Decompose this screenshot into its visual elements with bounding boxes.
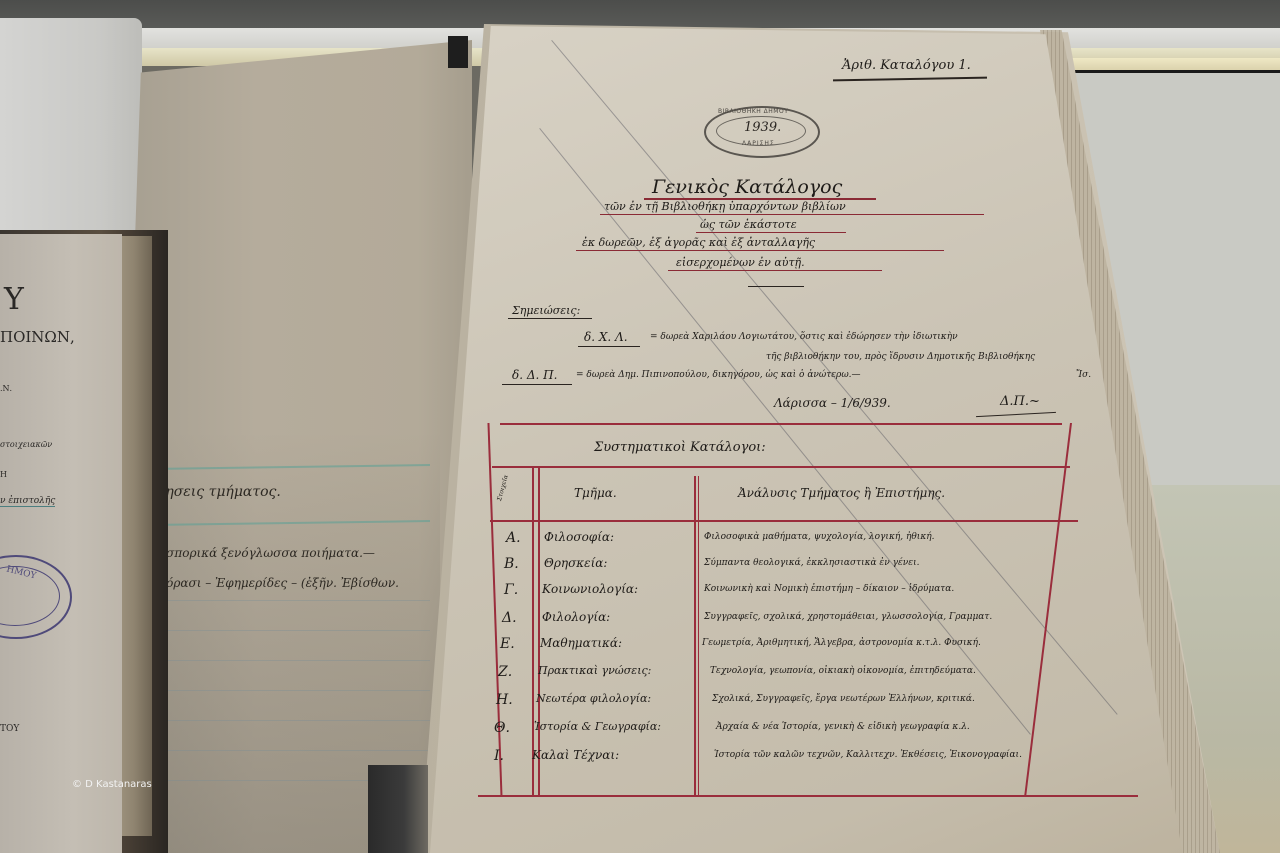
table-row-analysis: Συγγραφεῖς, σχολικά, χρηστομάθειαι, γλωσ…: [704, 612, 992, 622]
signature: Δ.Π.~: [1000, 394, 1040, 409]
table-row-section: Καλαὶ Τέχναι:: [532, 748, 619, 762]
table-row-letter: Η.: [496, 692, 513, 708]
note-abbreviation-2: δ. Δ. Π.: [512, 368, 557, 382]
back-page-ruled-line: [150, 750, 430, 751]
notes-heading: Σημειώσεις:: [512, 304, 580, 317]
table-row-analysis: Σχολικά, Συγγραφεῖς, ἔργα νεωτέρων Ἑλλήν…: [712, 694, 975, 704]
photo-watermark: © D Kastanaras: [72, 779, 152, 790]
subtitle-line-2: ὡς τῶν ἑκάστοτε: [700, 218, 797, 231]
back-page-ruled-line: [150, 720, 430, 721]
note-text-1b: τῆς βιβλιοθήκην του, πρὸς ἵδρυσιν Δημοτι…: [766, 352, 1035, 362]
table-row-analysis: Ἀρχαία & νέα Ἱστορία, γενικὴ & εἰδικὴ γε…: [716, 722, 970, 732]
left-book-text: ν ἐπιστολῆς: [0, 496, 55, 507]
white-display-block: [0, 18, 142, 233]
back-page-line: ...ισπορικά ξενόγλωσσα ποιήματα.—: [150, 546, 375, 560]
note-text-2: = δωρεὰ Δημ. Πιπινοπούλου, δικηγόρου, ὡς…: [576, 370, 861, 380]
note-abbreviation-1: δ. Χ. Λ.: [584, 330, 628, 344]
table-title-divider: [492, 466, 1070, 468]
table-header-analysis: Ἀνάλυσις Τμήματος ἢ Ἐπιστήμης.: [738, 486, 945, 500]
back-page-ruled-line: [150, 630, 430, 631]
table-column-divider: [694, 476, 696, 797]
table-row-letter: Β.: [504, 556, 519, 572]
display-case-top-band: [0, 0, 1280, 30]
table-row-section: Νεωτέρα φιλολογία:: [536, 692, 651, 705]
table-row-section: Φιλολογία:: [542, 610, 610, 624]
table-row-section: Μαθηματικά:: [540, 636, 622, 650]
table-title: Συστηματικοὶ Κατάλογοι:: [594, 440, 766, 455]
left-book-text: στοιχειακῶν: [0, 440, 52, 449]
table-row-letter: Δ.: [502, 610, 517, 626]
table-header-divider: [490, 520, 1078, 522]
right-frame-light: [1046, 58, 1280, 72]
table-row-letter: Θ.: [494, 720, 510, 736]
back-page-heading: ...ησεις τμήματος.: [152, 484, 281, 500]
table-row-letter: Ε.: [500, 636, 515, 652]
place-date: Λάρισσα – 1/6/939.: [774, 396, 891, 410]
table-row-section: Φιλοσοφία:: [544, 530, 614, 544]
left-book-text: Η: [0, 470, 7, 479]
catalogue-title: Γενικὸς Κατάλογος: [652, 176, 842, 198]
subtitle-line-1: τῶν ἐν τῇ Βιβλιοθήκῃ ὑπαρχόντων βιβλίων: [604, 200, 846, 213]
back-page-ruled-line: [150, 660, 430, 661]
back-page-ruled-line: [150, 600, 430, 601]
table-bottom-border: [478, 795, 1138, 797]
table-row-letter: Α.: [506, 530, 521, 546]
table-row-analysis: Γεωμετρία, Ἀριθμητική, Ἄλγεβρα, ἀστρονομ…: [702, 638, 981, 648]
table-row-analysis: Σύμπαντα θεολογικά, ἐκκλησιαστικὰ ἐν γέν…: [704, 558, 920, 568]
subtitle-underline: [696, 232, 846, 233]
table-row-analysis: Ἱστορία τῶν καλῶν τεχνῶν, Καλλιτεχν. Ἐκθ…: [714, 750, 1022, 760]
stamp-top-text: ΒΙΒΛΙΟΘΗΚΗ ΔΗΜΟΥ: [718, 108, 788, 115]
left-book-subtitle: ΠΟΙΝΩΝ,: [0, 328, 75, 346]
subtitle-underline: [600, 214, 984, 215]
table-row-section: Θρησκεία:: [544, 556, 607, 570]
black-tape: [368, 765, 428, 853]
subtitle-underline: [668, 270, 882, 271]
stamp-year: 1939.: [744, 120, 781, 135]
table-row-analysis: Κοινωνικὴ καὶ Νομικὴ ἐπιστήμη – δίκαιον …: [704, 584, 954, 594]
table-row-analysis: Τεχνολογία, γεωπονία, οἰκιακὴ οἰκονομία,…: [710, 666, 976, 676]
black-tape: [448, 36, 468, 68]
left-book-text: .Ν.: [0, 384, 12, 393]
subtitle-underline: [576, 250, 944, 251]
abbr-underline: [502, 384, 572, 385]
notes-heading-underline: [508, 318, 592, 319]
table-row-section: Ἱστορία & Γεωγραφία:: [534, 720, 661, 733]
title-block-divider: [748, 286, 804, 287]
table-row-letter: Ζ.: [498, 664, 512, 680]
table-column-divider: [698, 476, 699, 797]
table-header-section: Τμῆμα.: [574, 486, 617, 500]
table-row-section: Πρακτικαὶ γνώσεις:: [538, 664, 651, 677]
catalogue-number: Ἀριθ. Καταλόγου 1.: [842, 58, 971, 73]
table-row-analysis: Φιλοσοφικὰ μαθήματα, ψυχολογία, λογική, …: [704, 532, 934, 542]
subtitle-line-3: ἐκ δωρεῶν, ἐξ ἀγορᾶς καὶ ἐξ ἀνταλλαγῆς: [582, 236, 815, 249]
note-text-1a: = δωρεὰ Χαριλάου Λογιωτάτου, ὅστις καὶ ἐ…: [650, 332, 958, 342]
table-row-letter: Ι.: [494, 748, 504, 764]
table-row-letter: Γ.: [504, 582, 518, 598]
note-side-mark: Ἴσ.: [1076, 370, 1091, 380]
abbr-underline: [578, 346, 640, 347]
subtitle-line-4: εἰσερχομένων ἐν αὐτῇ.: [676, 256, 805, 269]
table-row-section: Κοινωνιολογία:: [542, 582, 638, 596]
table-top-border: [500, 423, 1062, 425]
left-book-title-page: [0, 234, 122, 853]
back-page-line: ...ιόρασι – Ἐφημερίδες – (ἐξῆν. Ἐβίσθων.: [150, 576, 399, 590]
back-page-ruled-line: [150, 690, 430, 691]
stamp-bottom-text: ΛΑΡΙΣΗΣ: [742, 140, 775, 147]
left-book-title: Υ: [4, 282, 24, 317]
left-book-text: ΤΟΥ: [0, 724, 19, 734]
